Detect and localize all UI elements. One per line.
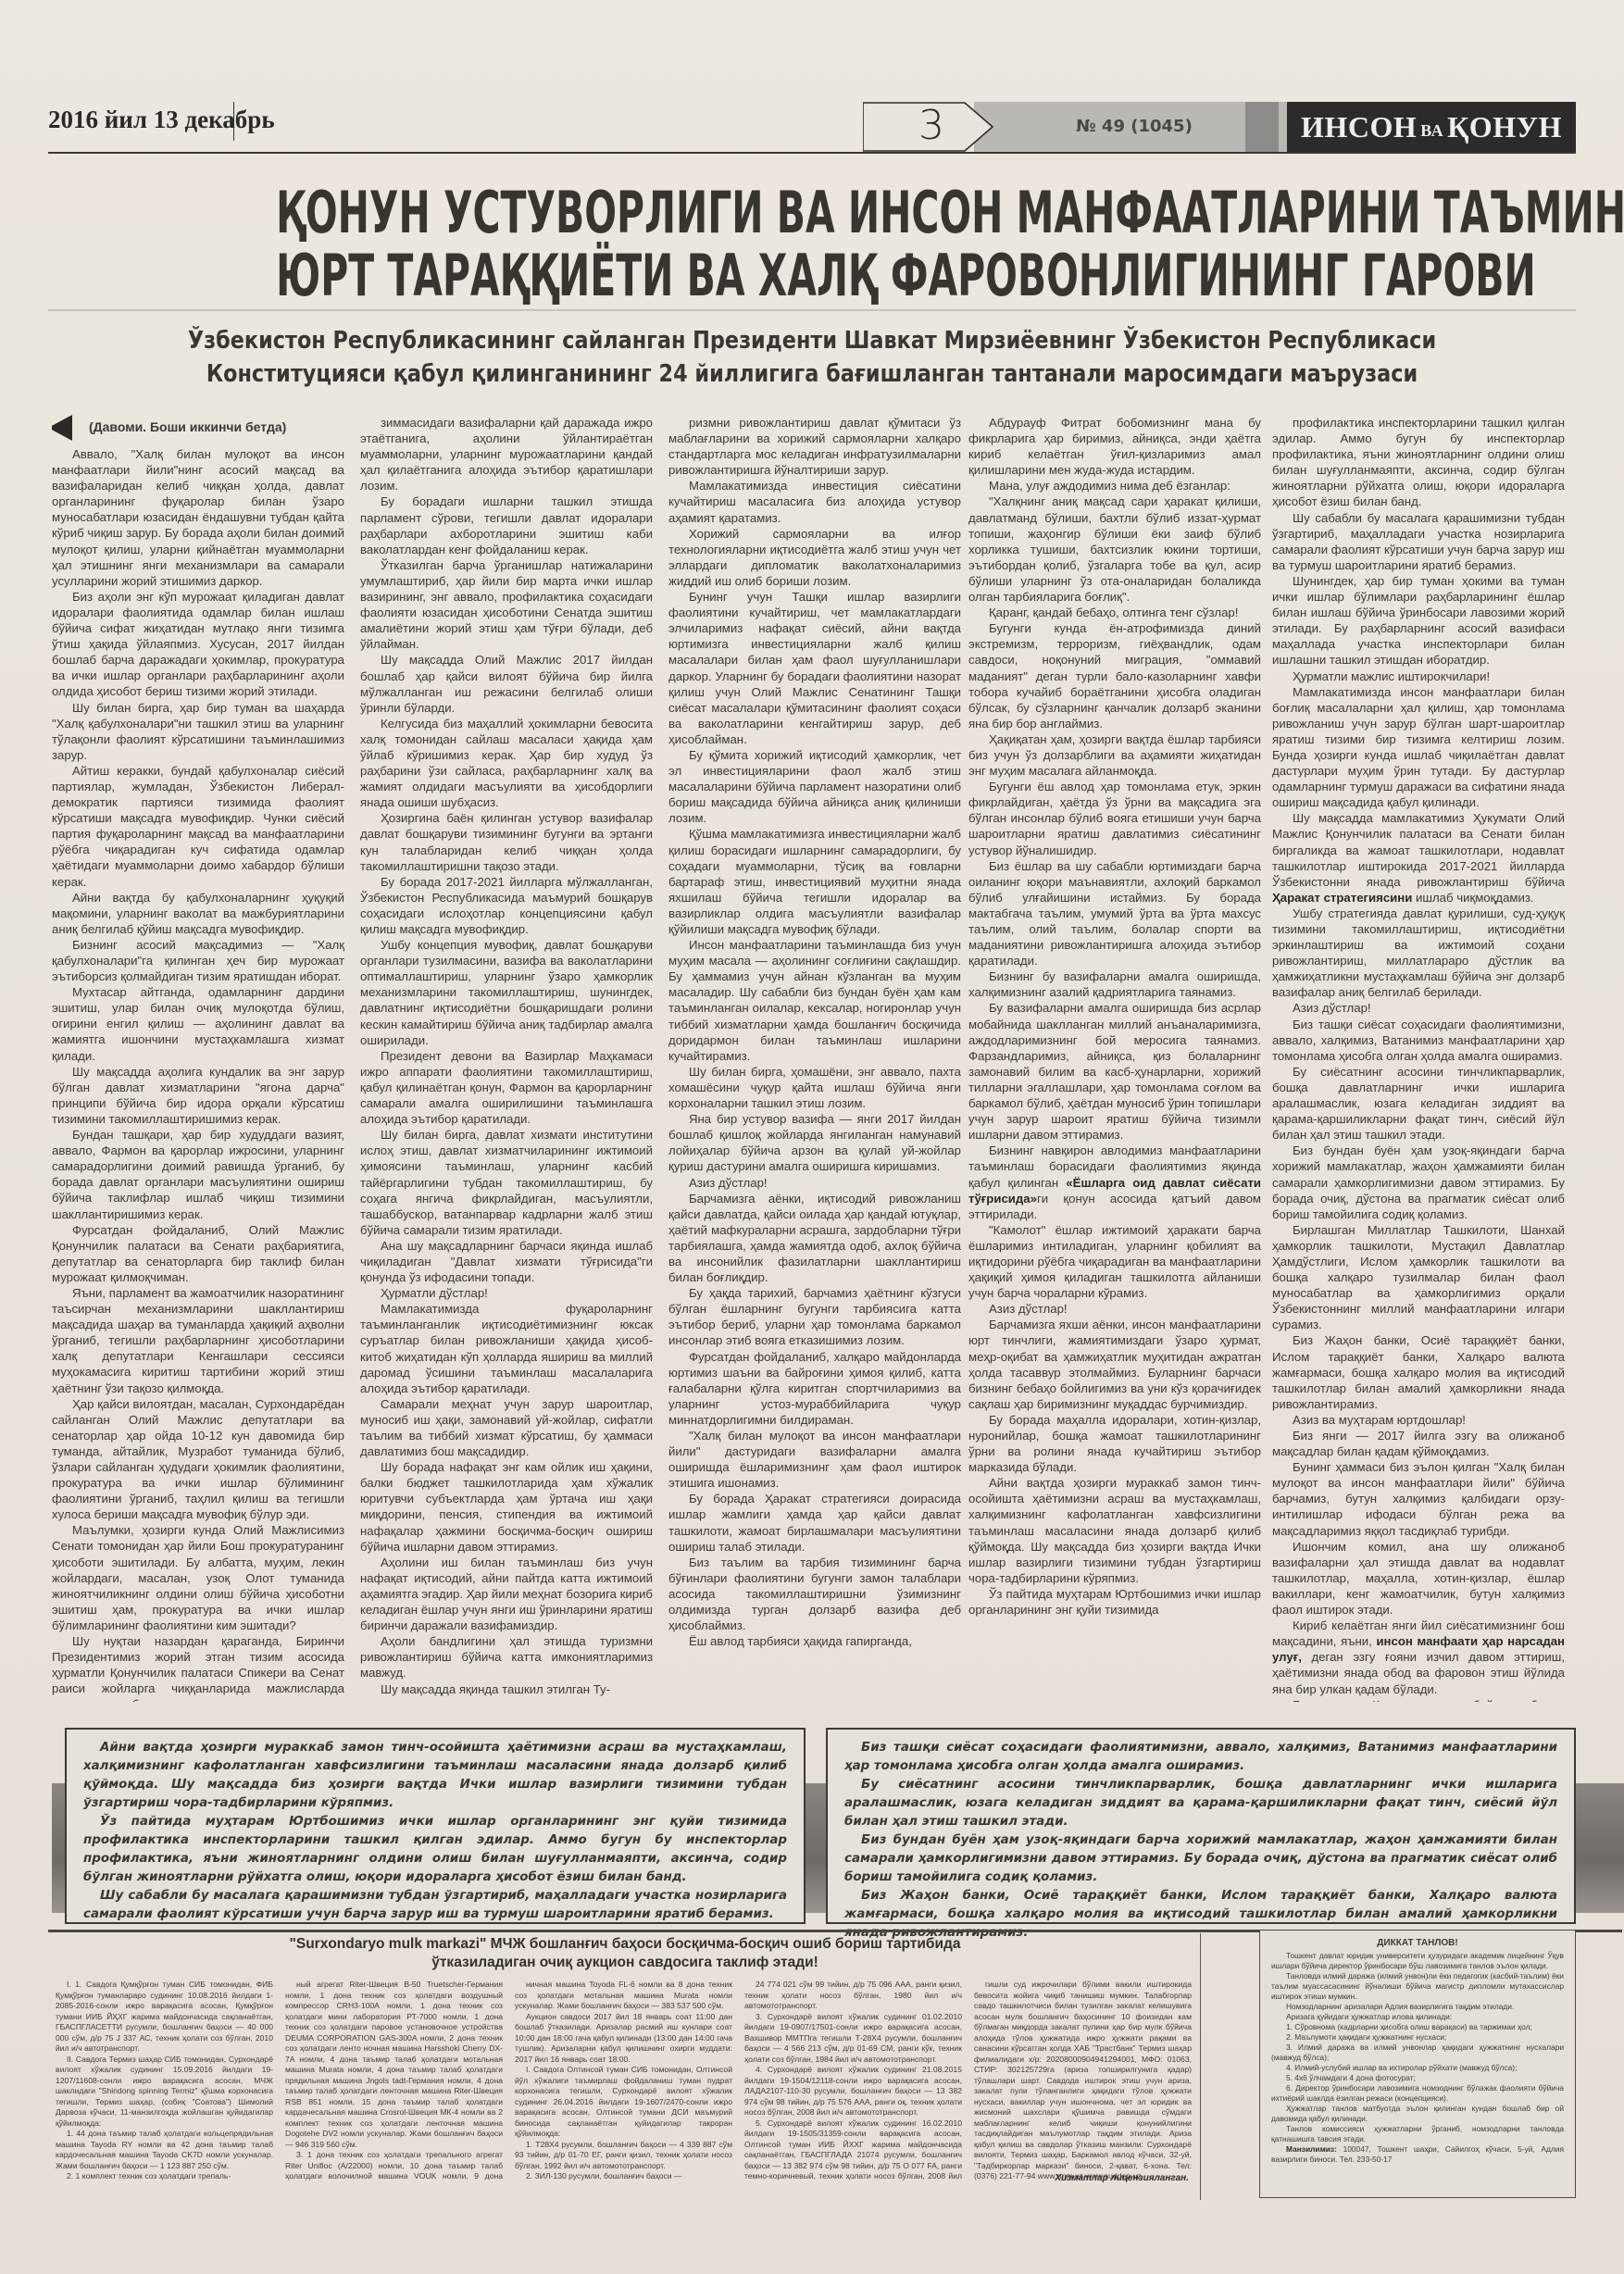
column-paragraphs: ризмни ривожлантириш давлат қўмитаси ўз … xyxy=(668,415,961,1649)
auction-paragraph: 1. 44 дона таъмир талаб ҳолатдаги кольце… xyxy=(56,2129,273,2171)
auction-column-5: гишли суд ижрочилари бўлими вакили иштир… xyxy=(974,1980,1192,2183)
article-paragraph: Бу ҳақда тарихий, барчамиз ҳаётнинг кўзг… xyxy=(668,1285,961,1348)
article-paragraph: Бу борада Ҳаракат стратегияси доирасида … xyxy=(668,1491,961,1554)
headline-line-1: ҚОНУН УСТУВОРЛИГИ ВА ИНСОН МАНФААТЛАРИНИ… xyxy=(276,181,1348,244)
article-paragraph: Қаранг, қандай бебаҳо, олтинга тенг сўзл… xyxy=(968,605,1261,620)
auction-paragraph: гишли суд ижрочилари бўлими вакили иштир… xyxy=(974,1980,1192,2182)
contest-paragraph: 2. Маълумоти ҳақидаги ҳужжатнинг нусхаси… xyxy=(1271,2032,1564,2043)
newspaper-page: 2016 йил 13 декабрь 3 № 49 (1045) ИНСОН … xyxy=(0,0,1624,2274)
decorative-block xyxy=(1245,102,1279,152)
contest-paragraph: Танлов комиссияси ҳужжатларни ўрганиб, н… xyxy=(1271,2124,1564,2144)
callout-box-left: Айни вақтда ҳозирги мураккаб замон тинч-… xyxy=(65,1728,806,1924)
subtitle-line-1: Ўзбекистон Республикасининг сайланган Пр… xyxy=(114,324,1510,357)
auction-paragraph: 2. ЗИЛ-130 русумли, бошланғич баҳоси — xyxy=(515,2171,732,2182)
auction-title-line-1: "Surxondaryo mulk markazi" МЧЖ бошланғич… xyxy=(56,1935,1194,1954)
contest-address: Манзилимиз: 100047, Тошкент шаҳри, Сайил… xyxy=(1271,2144,1564,2165)
article-paragraph: Азиз дўстлар! xyxy=(1272,1000,1565,1016)
article-paragraph: Шу мақсадда Олий Мажлис 2017 йилдан бошл… xyxy=(360,652,653,715)
article-paragraph: Президент девони ва Вазирлар Маҳкамаси и… xyxy=(360,1048,653,1127)
auction-column-1: I. 1. Савдога Қумқўрғон туман СИБ томони… xyxy=(56,1980,273,2183)
continued-label: (Давоми. Боши иккинчи бетда) xyxy=(89,419,286,435)
callout-paragraph: Бу сиёсатнинг асосини тинчликпарварлик, … xyxy=(844,1776,1557,1831)
article-paragraph: Биз Жаҳон банки, Осиё тараққиёт банки, И… xyxy=(1272,1332,1565,1411)
auction-paragraph: I. Савдога Олтинсой туман СИБ томонидан,… xyxy=(515,2065,732,2140)
auction-paragraph: 4. Сурхондарё вилоят хўжалик судининг 21… xyxy=(744,2065,962,2118)
auction-advertisement: "Surxondaryo mulk markazi" МЧЖ бошланғич… xyxy=(56,1935,1194,2185)
article-paragraph: Шу сабабли бу масалага қарашимизни тубда… xyxy=(1272,510,1565,573)
callout-paragraph: Шу сабабли бу масалага қарашимизни тубда… xyxy=(83,1887,787,1924)
article-paragraph: Азиз дўстлар! xyxy=(668,1175,961,1191)
contest-paragraph: Тошкент давлат юридик университети ҳузур… xyxy=(1271,1951,1564,1971)
callout-paragraph: Айни вақтда ҳозирги мураккаб замон тинч-… xyxy=(83,1739,787,1813)
article-paragraph: Шу мақсадда мамлакатимиз Ҳукумати Олий М… xyxy=(1272,810,1565,906)
auction-paragraph: ничная машина Toyoda FL-6 номли ва 8 дон… xyxy=(515,1980,732,2012)
article-paragraph: Мамлакатимизда инвестиция сиёсатини куча… xyxy=(668,478,961,525)
auction-paragraph: 24 774 021 сўм 99 тийин, д/р 75 096 ААА,… xyxy=(744,1980,962,2012)
contest-paragraph: Ҳужжатлар танлов матбуотда эълон қилинга… xyxy=(1271,2104,1564,2124)
contest-paragraph: Аризага қуйидаги ҳужжатлар илова қилинад… xyxy=(1271,2012,1564,2022)
article-paragraph: Айни вақтда бу қабулхоналарнинг ҳуқуқий … xyxy=(52,890,344,937)
article-column-5: профилактика инспекторларини ташкил қилг… xyxy=(1272,415,1565,1702)
logo-word-1: ИНСОН xyxy=(1301,110,1417,144)
auction-paragraph: 3. Сурхондарё вилоят хўжалик судининг 01… xyxy=(744,2012,962,2066)
column-paragraphs: профилактика инспекторларини ташкил қилг… xyxy=(1272,415,1565,1702)
divider xyxy=(1200,1933,1201,2200)
article-paragraph: Аввало, "Халқ билан мулоқот ва инсон ман… xyxy=(52,446,344,589)
article-paragraph: Ҳақиқатан ҳам, ҳозирги вақтда ёшлар тарб… xyxy=(968,731,1261,779)
article-column-2: зиммасидаги вазифаларни қай даражада ижр… xyxy=(360,415,653,1702)
article-paragraph: Бу вазифаларни амалга оширишда биз асрла… xyxy=(968,1000,1261,1143)
article-paragraph: Яна бир устувор вазифа — янги 2017 йилда… xyxy=(668,1111,961,1174)
auction-paragraph: 1. Т28Х4 русумли, бошланғич баҳоси — 4 3… xyxy=(515,2140,732,2172)
logo-word-3: ҚОНУН xyxy=(1447,110,1562,144)
article-paragraph: Биз ташқи сиёсат соҳасидаги фаолиятимизн… xyxy=(1272,1017,1565,1064)
article-paragraph: "Халқ билан мулоқот ва инсон манфаатлари… xyxy=(668,1428,961,1491)
headline-line-2: ЮРТ ТАРАҚҚИЁТИ ВА ХАЛҚ ФАРОВОНЛИГИНИНГ Г… xyxy=(276,244,1348,307)
contest-paragraph: 3. Илмий даража ва илмий унвонлар ҳақида… xyxy=(1271,2043,1564,2063)
headline: ҚОНУН УСТУВОРЛИГИ ВА ИНСОН МАНФААТЛАРИНИ… xyxy=(0,181,1624,311)
contest-paragraph: 6. Директор ўринбосари лавозимига номзод… xyxy=(1271,2083,1564,2104)
column-paragraphs: Аввало, "Халқ билан мулоқот ва инсон ман… xyxy=(52,446,344,1702)
article-paragraph: Ишончим комил, ана шу олижаноб вазифалар… xyxy=(1272,1539,1565,1618)
article-body: (Давоми. Боши иккинчи бетда) Аввало, "Ха… xyxy=(52,415,1580,1702)
article-paragraph: Барчамизга аёнки, иқтисодий ривожланиш қ… xyxy=(668,1191,961,1286)
callout-paragraphs: Биз ташқи сиёсат соҳасидаги фаолиятимизн… xyxy=(844,1739,1557,1943)
contest-title: ДИККАТ ТАНЛОВ! xyxy=(1271,1938,1564,1948)
article-column-3: ризмни ривожлантириш давлат қўмитаси ўз … xyxy=(668,415,961,1702)
article-paragraph: Ҳурматли дўстлар! xyxy=(360,1285,653,1301)
column-paragraphs: Абдурауф Фитрат бобомизнинг мана бу фикр… xyxy=(968,415,1261,1618)
auction-title-line-2: ўтказиладиган очиқ аукцион савдосига так… xyxy=(56,1954,1194,1972)
callout-paragraph: Ўз пайтида муҳтарам Юртбошимиз ички ишла… xyxy=(83,1813,787,1887)
divider xyxy=(48,152,1576,154)
article-paragraph: Бу борада 2017-2021 йилларга мўлжалланга… xyxy=(360,874,653,937)
article-paragraph: Мамлакатимизда фуқароларнинг таъминланга… xyxy=(360,1301,653,1396)
article-paragraph: Хорижий сармояларни ва илғор технологиял… xyxy=(668,526,961,589)
issue-number: № 49 (1045) xyxy=(1076,117,1193,136)
bold-phrase: инсон манфаати ҳар нарсадан улуғ, xyxy=(1272,1634,1565,1664)
article-paragraph: Бизнинг асосий мақсадимиз — "Халқ қабулх… xyxy=(52,937,344,984)
article-paragraph: "Халқнинг аниқ мақсад сари ҳаракат қилиш… xyxy=(968,494,1261,605)
article-paragraph: Кириб келаётган янги йил сиёсатимизнинг … xyxy=(1272,1618,1565,1696)
article-paragraph: Аҳолини иш билан таъминлаш биз учун нафа… xyxy=(360,1555,653,1633)
address-label: Манзилимиз: xyxy=(1286,2144,1337,2154)
article-paragraph: Шу мақсадда яқинда ташкил этилган Ту- xyxy=(360,1681,653,1697)
callout-box-right: Биз ташқи сиёсат соҳасидаги фаолиятимизн… xyxy=(826,1728,1576,1924)
article-paragraph: Бирлашган Миллатлар Ташкилоти, Шанхай ҳа… xyxy=(1272,1222,1565,1333)
article-paragraph: Биз таълим ва тарбия тизимининг барча бў… xyxy=(668,1555,961,1633)
triangle-left-icon xyxy=(52,415,72,441)
article-paragraph: Барчангизни Конституциямиз байрами билан… xyxy=(1272,1697,1565,1702)
article-paragraph: Ўтказилган барча ўрганишлар натижаларини… xyxy=(360,557,653,653)
article-paragraph: Бундан ташқари, ҳар бир худуддаги вазият… xyxy=(52,1127,344,1222)
article-paragraph: Биз бундан буён ҳам узоқ-яқиндаги барча … xyxy=(1272,1143,1565,1221)
callouts: Айни вақтда ҳозирги мураккаб замон тинч-… xyxy=(52,1728,1580,1931)
auction-paragraph: 5. Сурхондарё вилоят хўжалик судининг 16… xyxy=(744,2118,962,2184)
article-paragraph: Шу билан бирга, ҳар бир туман ва шаҳарда… xyxy=(52,700,344,763)
article-paragraph: Ҳар қайси вилоятдан, масалан, Сурхондарё… xyxy=(52,1396,344,1523)
contest-paragraph: Номзодларнинг аризалари Адлия вазирлигиг… xyxy=(1271,2002,1564,2012)
auction-paragraph: Аукцион савдоси 2017 йил 18 январь соат … xyxy=(515,2012,732,2066)
article-paragraph: Азиз ва муҳтарам юртдошлар! xyxy=(1272,1412,1565,1428)
article-paragraph: Шу билан бирга, ҳомашёни, энг аввало, па… xyxy=(668,1064,961,1111)
contest-paragraph: 1. Сўровнома (кадрларни ҳисобга олиш вар… xyxy=(1271,2022,1564,2032)
article-paragraph: Бу қўмита хорижий иқтисодий ҳамкорлик, ч… xyxy=(668,747,961,826)
article-paragraph: Шу нуқтаи назардан қараганда, Биринчи Пр… xyxy=(52,1633,344,1702)
article-paragraph: Ҳурматли мажлис иштирокчилари! xyxy=(1272,668,1565,684)
article-paragraph: Абдурауф Фитрат бобомизнинг мана бу фикр… xyxy=(968,415,1261,478)
license-note: Хизматлар лицензияланган. xyxy=(1055,2173,1189,2183)
article-paragraph: Ўз пайтида муҳтарам Юртбошимиз ички ишла… xyxy=(968,1586,1261,1618)
article-paragraph: Биз ёшлар ва шу сабабли юртимиздаги барч… xyxy=(968,858,1261,969)
article-paragraph: ризмни ривожлантириш давлат қўмитаси ўз … xyxy=(668,415,961,478)
auction-title: "Surxondaryo mulk markazi" МЧЖ бошланғич… xyxy=(56,1935,1194,1972)
article-paragraph: Шу борада нафақат энг кам ойлик иш ҳақин… xyxy=(360,1459,653,1555)
contest-advertisement: ДИККАТ ТАНЛОВ! Тошкент давлат юридик уни… xyxy=(1259,1930,1576,2198)
issue-date: 2016 йил 13 декабрь xyxy=(48,106,275,134)
callout-paragraph: Биз бундан буён ҳам узоқ-яқиндаги барча … xyxy=(844,1831,1557,1887)
article-paragraph: Ушбу концепция мувофиқ, давлат бошқаруви… xyxy=(360,937,653,1048)
contest-paragraph: 4. Илмий-услубий ишлар ва ихтиролар рўйх… xyxy=(1271,2063,1564,2073)
article-paragraph: Бунинг учун Ташқи ишлар вазирлиги фаолия… xyxy=(668,589,961,747)
article-column-1: (Давоми. Боши иккинчи бетда) Аввало, "Ха… xyxy=(52,415,344,1702)
article-paragraph: Инсон манфаатларини таъминлашда биз учун… xyxy=(668,937,961,1064)
contest-paragraph: 5. 4х6 ўлчамдаги 4 дона фотосурат; xyxy=(1271,2073,1564,2083)
article-paragraph: Бу борадаги ишларни ташкил этишда парлам… xyxy=(360,494,653,556)
article-paragraph: Биз аҳоли энг кўп мурожаат қиладиган дав… xyxy=(52,589,344,700)
newspaper-logo: ИНСОН ВА ҚОНУН xyxy=(1287,102,1576,152)
article-paragraph: Бизнинг навқирон авлодимиз манфаатларини… xyxy=(968,1143,1261,1221)
article-paragraph: Ушбу стратегияда давлат қурилиши, суд-ҳу… xyxy=(1272,906,1565,1001)
bold-phrase: «Ёшларга оид давлат сиёсати тўғрисида» xyxy=(968,1176,1261,1206)
article-paragraph: зиммасидаги вазифаларни қай даражада ижр… xyxy=(360,415,653,494)
auction-paragraph: I. 1. Савдога Қумқўрғон туман СИБ томони… xyxy=(56,1980,273,2055)
auction-column-4: 24 774 021 сўм 99 тийин, д/р 75 096 ААА,… xyxy=(744,1980,962,2183)
auction-paragraph: II. Савдога Термиз шаҳар СИБ томонидан, … xyxy=(56,2055,273,2130)
article-paragraph: Аҳоли бандлигини ҳал этишда туризмни рив… xyxy=(360,1633,653,1681)
subtitle: Ўзбекистон Республикасининг сайланган Пр… xyxy=(0,324,1624,391)
article-paragraph: Шунингдек, ҳар бир туман ҳокими ва туман… xyxy=(1272,573,1565,668)
article-paragraph: Айтиш керакки, бундай қабулхоналар сиёси… xyxy=(52,763,344,890)
article-paragraph: Самарали меҳнат учун зарур шароитлар, му… xyxy=(360,1396,653,1459)
article-paragraph: Фурсатдан фойдаланиб, Олий Мажлис Қонунч… xyxy=(52,1222,344,1285)
article-paragraph: Мухтасар айтганда, одамларнинг дардини э… xyxy=(52,984,344,1063)
article-paragraph: Бу борада маҳалла идоралари, хотин-қизла… xyxy=(968,1412,1261,1475)
article-paragraph: "Камолот" ёшлар ижтимоий ҳаракати барча … xyxy=(968,1222,1261,1301)
column-paragraphs: зиммасидаги вазифаларни қай даражада ижр… xyxy=(360,415,653,1697)
article-paragraph: Бунинг ҳаммаси биз эълон қилган "Халқ би… xyxy=(1272,1459,1565,1538)
logo-word-2: ВА xyxy=(1420,121,1443,141)
article-paragraph: Маълумки, ҳозирги кунда Олий Мажлисимиз … xyxy=(52,1522,344,1633)
auction-paragraph: ный агрегат Riter-Швеция В-50 Truetscher… xyxy=(285,1980,503,2150)
article-paragraph: Шу билан бирга, давлат хизмати институти… xyxy=(360,1127,653,1238)
article-paragraph: Ёш авлод тарбияси ҳақида гапирганда, xyxy=(668,1633,961,1649)
article-paragraph: Шу мақсадда аҳолига кундалик ва энг зару… xyxy=(52,1064,344,1127)
auction-paragraph: 3. 1 дона техник соз ҳолатдаги трепально… xyxy=(285,2150,503,2183)
article-paragraph: Биз янги — 2017 йилга эзгу ва олижаноб м… xyxy=(1272,1428,1565,1459)
page-number-tab: 3 xyxy=(863,102,993,152)
article-paragraph: Айни вақтда ҳозирги мураккаб замон тинч-… xyxy=(968,1475,1261,1586)
auction-column-3: ничная машина Toyoda FL-6 номли ва 8 дон… xyxy=(515,1980,732,2183)
masthead: 2016 йил 13 декабрь 3 № 49 (1045) ИНСОН … xyxy=(48,102,1576,154)
auction-columns: I. 1. Савдога Қумқўрғон туман СИБ томони… xyxy=(56,1980,1194,2183)
auction-paragraph: 2. 1 комплект техник соз ҳолатдаги трепа… xyxy=(56,2171,273,2182)
article-paragraph: Азиз дўстлар! xyxy=(968,1301,1261,1317)
divider xyxy=(48,309,1576,311)
article-paragraph: Мана, улуғ аждодимиз нима деб ёзганлар: xyxy=(968,478,1261,494)
bold-phrase: Ҳаракат стратегиясини xyxy=(1272,891,1412,905)
article-paragraph: Бугунги кунда ён-атрофимизда диний экстр… xyxy=(968,620,1261,731)
article-paragraph: Бизнинг бу вазифаларни амалга оширишда, … xyxy=(968,968,1261,1000)
continued-note: (Давоми. Боши иккинчи бетда) xyxy=(52,415,344,441)
article-paragraph: Барчамизга яхши аёнки, инсон манфаатлари… xyxy=(968,1317,1261,1412)
page-number: 3 xyxy=(918,102,944,149)
subtitle-line-2: Конституцияси қабул қилинганининг 24 йил… xyxy=(114,357,1510,391)
contest-paragraphs: Тошкент давлат юридик университети ҳузур… xyxy=(1271,1951,1564,2144)
callout-paragraphs: Айни вақтда ҳозирги мураккаб замон тинч-… xyxy=(83,1739,787,1924)
article-paragraph: Фурсатдан фойдаланиб, халқаро майдонлард… xyxy=(668,1349,961,1428)
article-paragraph: профилактика инспекторларини ташкил қилг… xyxy=(1272,415,1565,510)
article-paragraph: Бугунги ёш авлод ҳар томонлама етук, эрк… xyxy=(968,779,1261,857)
article-paragraph: Ана шу мақсадларнинг барчаси яқинда ишла… xyxy=(360,1238,653,1285)
divider xyxy=(233,102,234,141)
article-paragraph: Мамлакатимизда инсон манфаатлари билан б… xyxy=(1272,684,1565,811)
callout-paragraph: Биз ташқи сиёсат соҳасидаги фаолиятимизн… xyxy=(844,1739,1557,1776)
article-column-4: Абдурауф Фитрат бобомизнинг мана бу фикр… xyxy=(968,415,1261,1702)
article-paragraph: Ҳозиргина баён қилинган устувор вазифала… xyxy=(360,810,653,873)
article-paragraph: Келгусида биз маҳаллий ҳокимларни бевоси… xyxy=(360,716,653,811)
article-paragraph: Бу сиёсатнинг асосини тинчликпарварлик, … xyxy=(1272,1064,1565,1143)
auction-column-2: ный агрегат Riter-Швеция В-50 Truetscher… xyxy=(285,1980,503,2183)
article-paragraph: Яъни, парламент ва жамоатчилик назоратин… xyxy=(52,1285,344,1396)
article-paragraph: Қўшма мамлакатимизга инвестицияларни жал… xyxy=(668,826,961,937)
contest-paragraph: Танловда илмий даража (илмий унвон)ли ёк… xyxy=(1271,1971,1564,2002)
